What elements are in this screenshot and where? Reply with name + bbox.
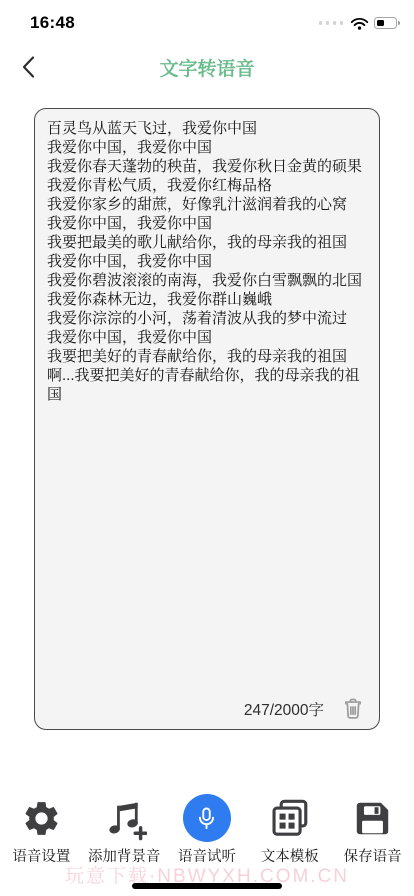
voice-settings-button[interactable]: 语音设置 <box>0 794 83 866</box>
page-title: 文字转语音 <box>0 44 414 90</box>
tool-label: 语音设置 <box>12 845 70 866</box>
save-voice-button[interactable]: 保存语音 <box>331 794 414 866</box>
text-template-button[interactable]: 文本模板 <box>248 794 331 866</box>
cellular-signal-icon <box>319 21 344 25</box>
bottom-toolbar: 语音设置 添加背景音 <box>0 794 414 866</box>
voice-preview-button[interactable]: 语音试听 <box>166 794 249 866</box>
text-editor-box: 百灵鸟从蓝天飞过，我爱你中国 我爱你中国，我爱你中国 我爱你春天蓬勃的秧苗，我爱… <box>34 108 380 730</box>
battery-icon <box>374 17 400 29</box>
status-time: 16:48 <box>30 13 75 33</box>
app-screen: 16:48 文字转语音 百灵鸟从蓝天飞过，我爱你中国 我爱你中国， <box>0 0 414 896</box>
music-note-add-icon <box>102 796 147 841</box>
text-input[interactable]: 百灵鸟从蓝天飞过，我爱你中国 我爱你中国，我爱你中国 我爱你春天蓬勃的秧苗，我爱… <box>35 109 379 689</box>
tool-label: 添加背景音 <box>88 845 161 866</box>
battery-fill <box>377 20 385 27</box>
tool-label: 保存语音 <box>344 845 402 866</box>
home-indicator[interactable] <box>132 883 282 889</box>
status-bar: 16:48 <box>0 0 414 44</box>
clear-text-button[interactable] <box>340 696 366 722</box>
editor-footer: 247/2000字 <box>244 696 366 722</box>
trash-icon <box>340 696 366 722</box>
text-template-icon <box>268 796 312 840</box>
nav-bar: 文字转语音 <box>0 44 414 90</box>
save-icon <box>352 798 393 839</box>
tool-label: 文本模板 <box>261 845 319 866</box>
add-background-music-button[interactable]: 添加背景音 <box>83 794 166 866</box>
gear-icon <box>21 798 62 839</box>
char-count: 247/2000字 <box>244 698 324 720</box>
tool-label: 语音试听 <box>178 845 236 866</box>
wifi-icon <box>350 16 369 31</box>
status-icons <box>319 16 400 30</box>
microphone-icon <box>183 794 231 842</box>
